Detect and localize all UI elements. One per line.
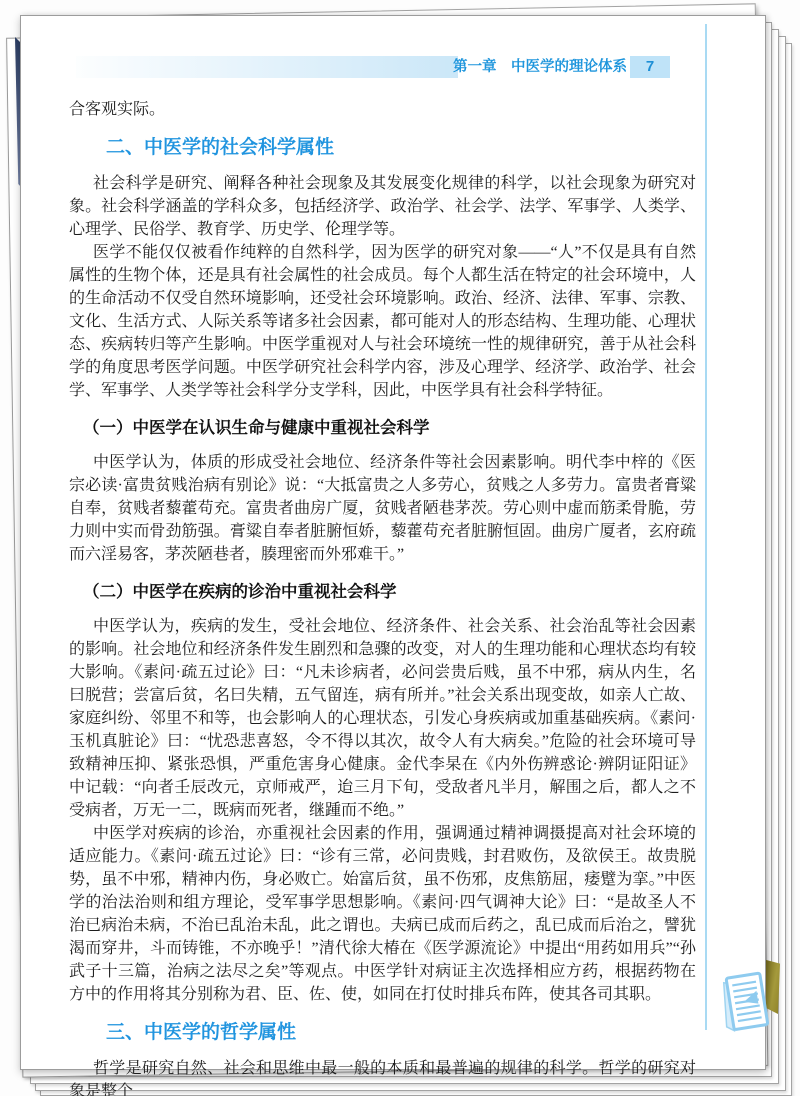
paragraph-life-health: 中医学认为，体质的形成受社会地位、经济条件等社会因素影响。明代李中梓的《医宗必读… xyxy=(69,451,696,566)
paragraph-philosophy: 哲学是研究自然、社会和思维中最一般的本质和最普遍的规律的科学。哲学的研究对象是整… xyxy=(69,1057,696,1096)
section-heading-social-science: 二、中医学的社会科学属性 xyxy=(69,135,696,161)
paragraph-disease-treatment-2: 中医学对疾病的诊治，亦重视社会因素的作用，强调通过精神调摄提高对社会环境的适应能… xyxy=(69,822,696,1006)
subsection-heading-life-health: （一）中医学在认识生命与健康中重视社会科学 xyxy=(69,417,696,440)
book-page: 第一章 中医学的理论体系 7 合客观实际。 二、中医学的社会科学属性 社会科学是… xyxy=(20,15,766,1070)
paragraph-medicine-social-attribute: 医学不能仅仅被看作纯粹的自然科学，因为医学的研究对象——“人”不仅是具有自然属性… xyxy=(69,241,696,402)
paragraph-continued: 合客观实际。 xyxy=(69,98,696,121)
running-head-chapter: 第一章 中医学的理论体系 xyxy=(451,57,627,79)
header-gradient-bar xyxy=(76,56,458,78)
paragraph-social-science-definition: 社会科学是研究、阐释各种社会现象及其发展变化规律的科学，以社会现象为研究对象。社… xyxy=(69,172,696,241)
margin-rule xyxy=(705,24,707,1030)
section-heading-philosophy: 三、中医学的哲学属性 xyxy=(69,1020,696,1046)
book-page-stack: 第一章 中医学的理论体系 7 合客观实际。 二、中医学的社会科学属性 社会科学是… xyxy=(0,0,800,1096)
paragraph-disease-treatment-1: 中医学认为，疾病的发生，受社会地位、经济条件、社会关系、社会治乱等社会因素的影响… xyxy=(69,615,696,822)
page-content: 合客观实际。 二、中医学的社会科学属性 社会科学是研究、阐释各种社会现象及其发展… xyxy=(69,98,696,1096)
page-number-badge: 7 xyxy=(630,56,670,78)
subsection-heading-disease-treatment: （二）中医学在疾病的诊治中重视社会科学 xyxy=(69,581,696,604)
notebook-icon xyxy=(717,968,769,1036)
